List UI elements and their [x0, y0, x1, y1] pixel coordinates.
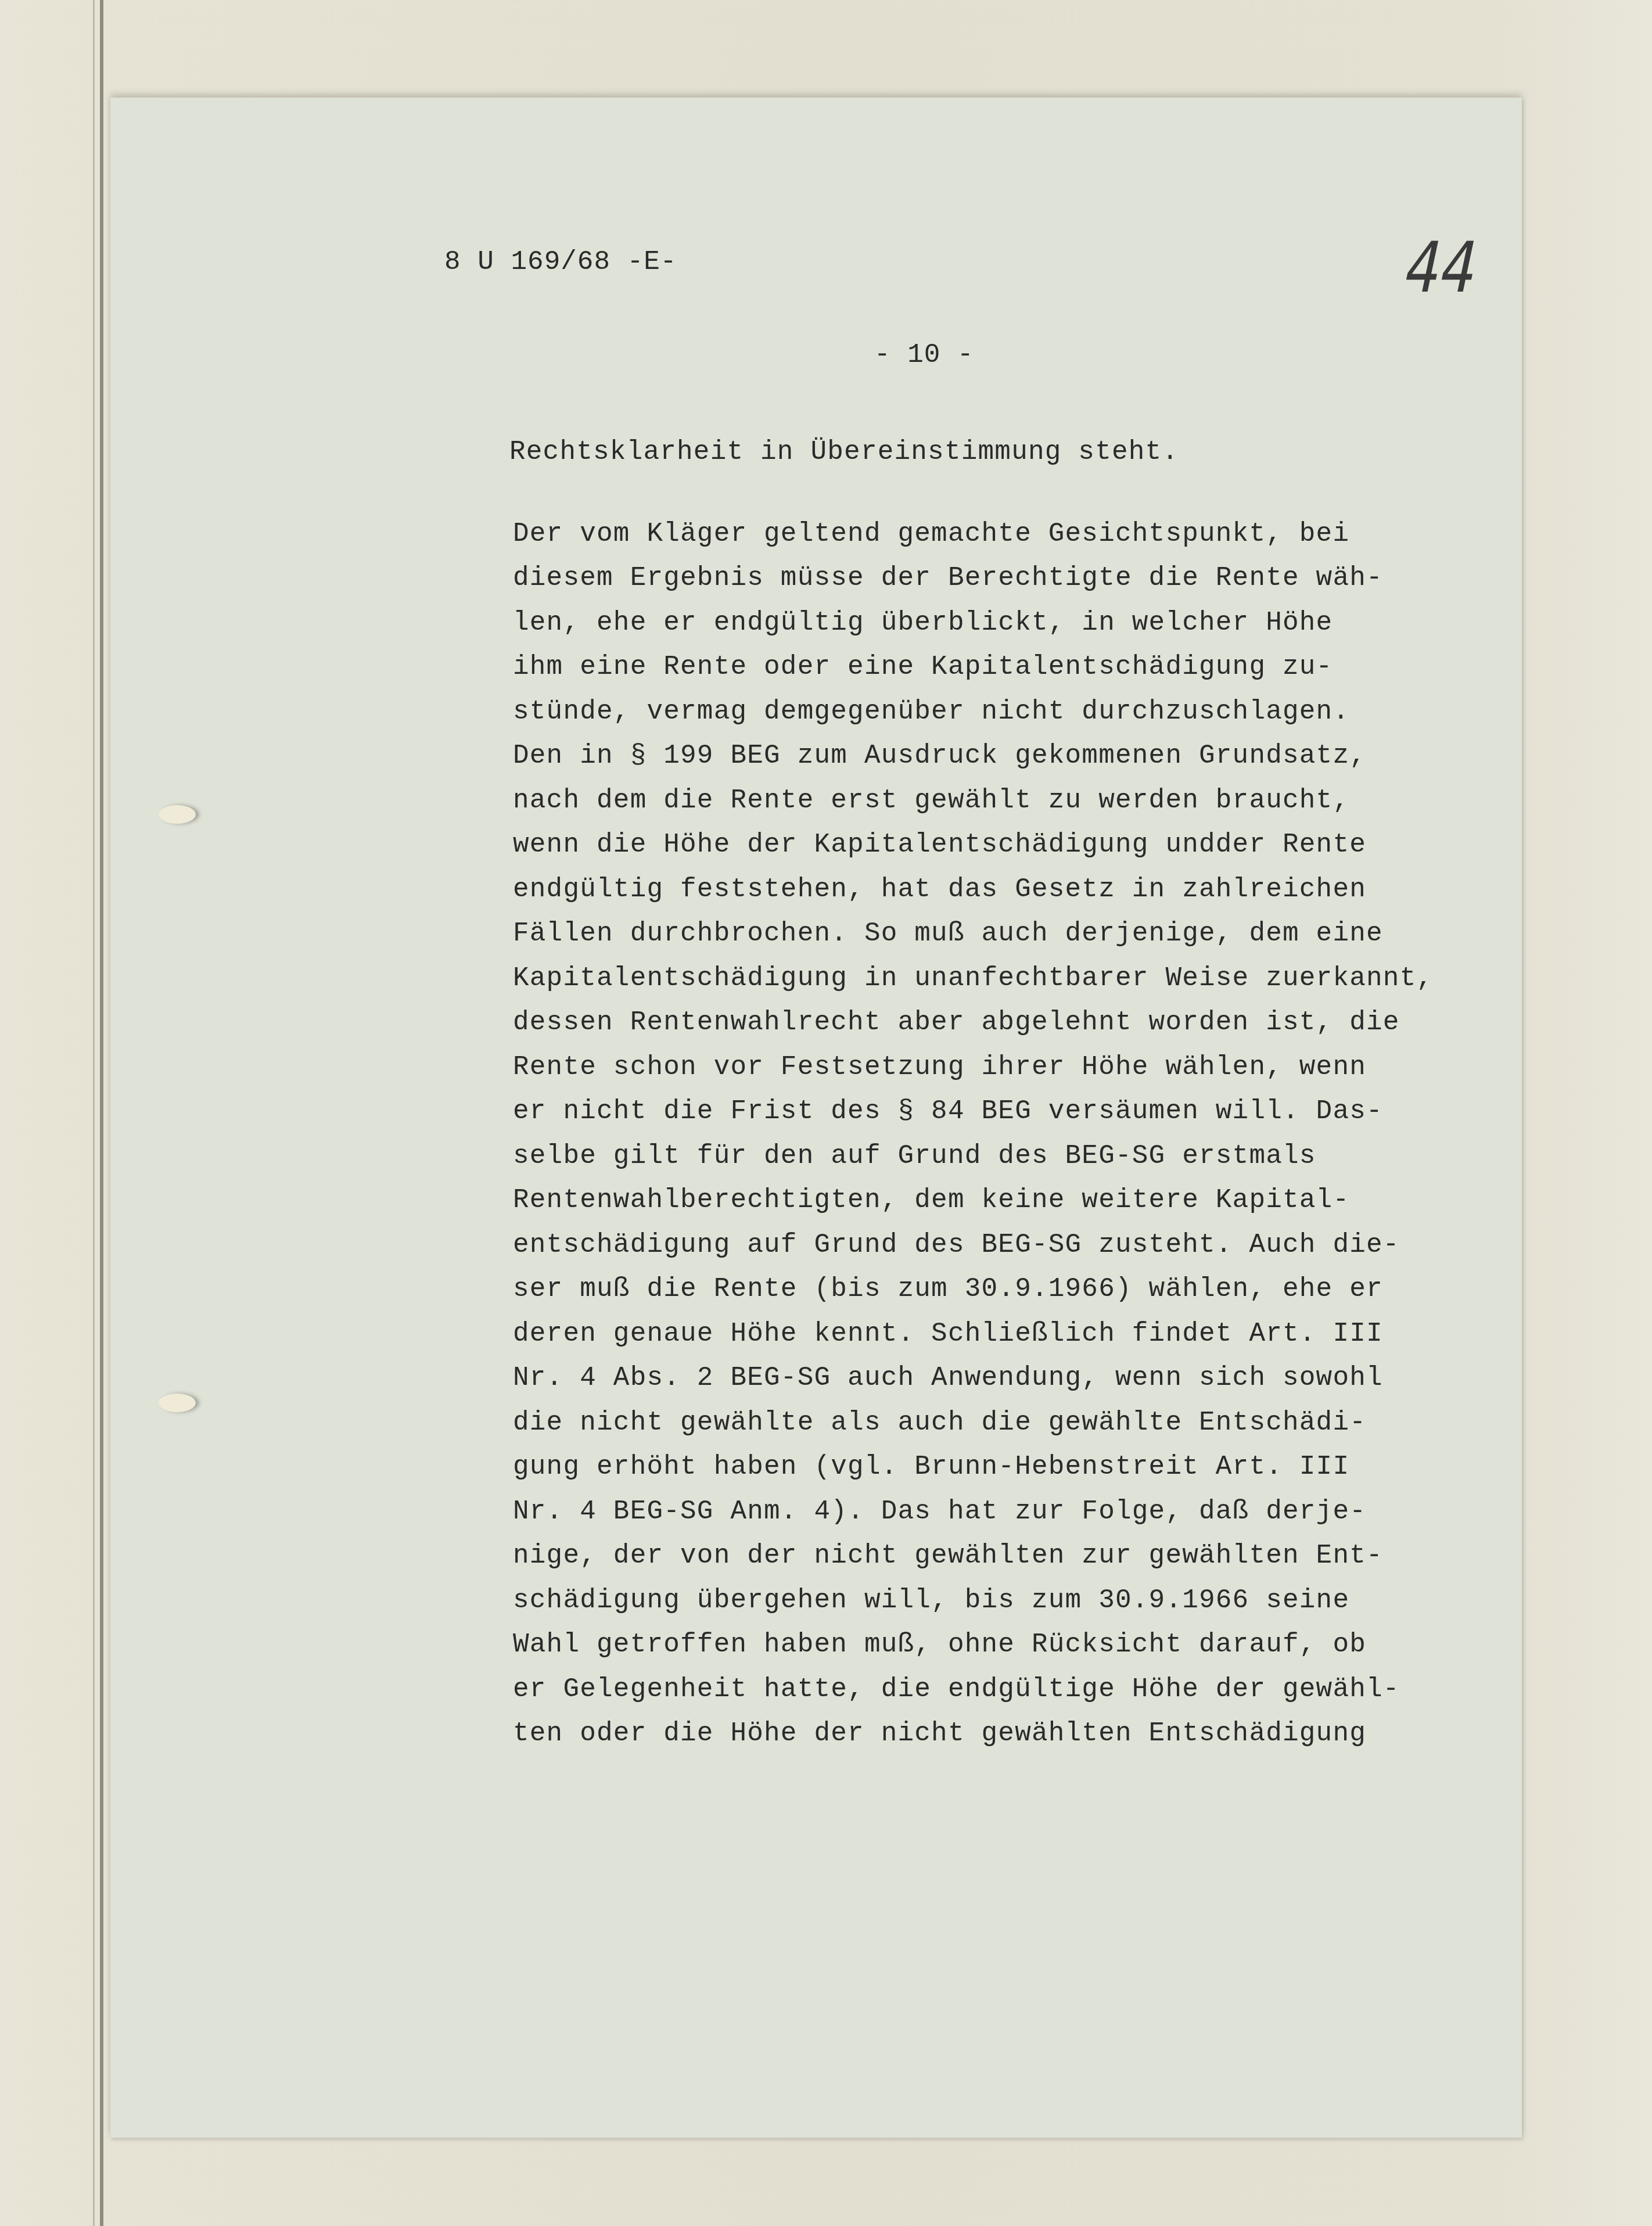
text-line: Der vom Kläger geltend gemachte Gesichts… [513, 512, 1433, 556]
text-line: gung erhöht haben (vgl. Brunn-Hebenstrei… [513, 1445, 1433, 1489]
text-line: ihm eine Rente oder eine Kapitalentschäd… [513, 645, 1433, 690]
text-line: nige, der von der nicht gewählten zur ge… [513, 1534, 1433, 1578]
text-line: Rente schon vor Festsetzung ihrer Höhe w… [513, 1045, 1433, 1090]
binder-edge [93, 0, 95, 2226]
text-line: ten oder die Höhe der nicht gewählten En… [513, 1711, 1433, 1756]
text-line: len, ehe er endgültig überblickt, in wel… [513, 601, 1433, 645]
paragraph: Der vom Kläger geltend gemachte Gesichts… [513, 512, 1433, 1756]
text-line: Rechtsklarheit in Übereinstimmung steht. [509, 430, 1433, 475]
text-line: nach dem die Rente erst gewählt zu werde… [513, 778, 1433, 823]
handwritten-folio-number: 44 [1403, 228, 1479, 308]
text-line: schädigung übergehen will, bis zum 30.9.… [513, 1578, 1433, 1623]
text-line: die nicht gewählte als auch die gewählte… [513, 1401, 1433, 1445]
text-line: ser muß die Rente (bis zum 30.9.1966) wä… [513, 1267, 1433, 1312]
text-line: Nr. 4 BEG-SG Anm. 4). Das hat zur Folge,… [513, 1489, 1433, 1534]
punch-hole-top [159, 805, 196, 824]
document-body: Rechtsklarheit in Übereinstimmung steht.… [513, 430, 1433, 1756]
text-line: er Gelegenheit hatte, die endgültige Höh… [513, 1667, 1433, 1712]
text-line: endgültig feststehen, hat das Gesetz in … [513, 867, 1433, 912]
text-line: diesem Ergebnis müsse der Berechtigte di… [513, 556, 1433, 601]
text-line: Wahl getroffen haben muß, ohne Rücksicht… [513, 1622, 1433, 1667]
punch-hole-bottom [159, 1394, 196, 1412]
text-line: Fällen durchbrochen. So muß auch derjeni… [513, 911, 1433, 956]
text-line: entschädigung auf Grund des BEG-SG zuste… [513, 1223, 1433, 1268]
text-line: Nr. 4 Abs. 2 BEG-SG auch Anwendung, wenn… [513, 1356, 1433, 1401]
text-line: Den in § 199 BEG zum Ausdruck gekommenen… [513, 734, 1433, 778]
binder-edge-dark [100, 0, 103, 2226]
text-line: dessen Rentenwahlrecht aber abgelehnt wo… [513, 1000, 1433, 1045]
text-line: stünde, vermag demgegenüber nicht durchz… [513, 690, 1433, 734]
text-line: er nicht die Frist des § 84 BEG versäume… [513, 1089, 1433, 1134]
text-line: deren genaue Höhe kennt. Schließlich fin… [513, 1312, 1433, 1356]
page-number: - 10 - [874, 340, 974, 370]
case-reference: 8 U 169/68 -E- [444, 247, 677, 277]
text-line: Rentenwahlberechtigten, dem keine weiter… [513, 1178, 1433, 1223]
text-line: selbe gilt für den auf Grund des BEG-SG … [513, 1134, 1433, 1179]
text-line: wenn die Höhe der Kapitalentschädigung u… [513, 823, 1433, 867]
text-line: Kapitalentschädigung in unanfechtbarer W… [513, 956, 1433, 1001]
